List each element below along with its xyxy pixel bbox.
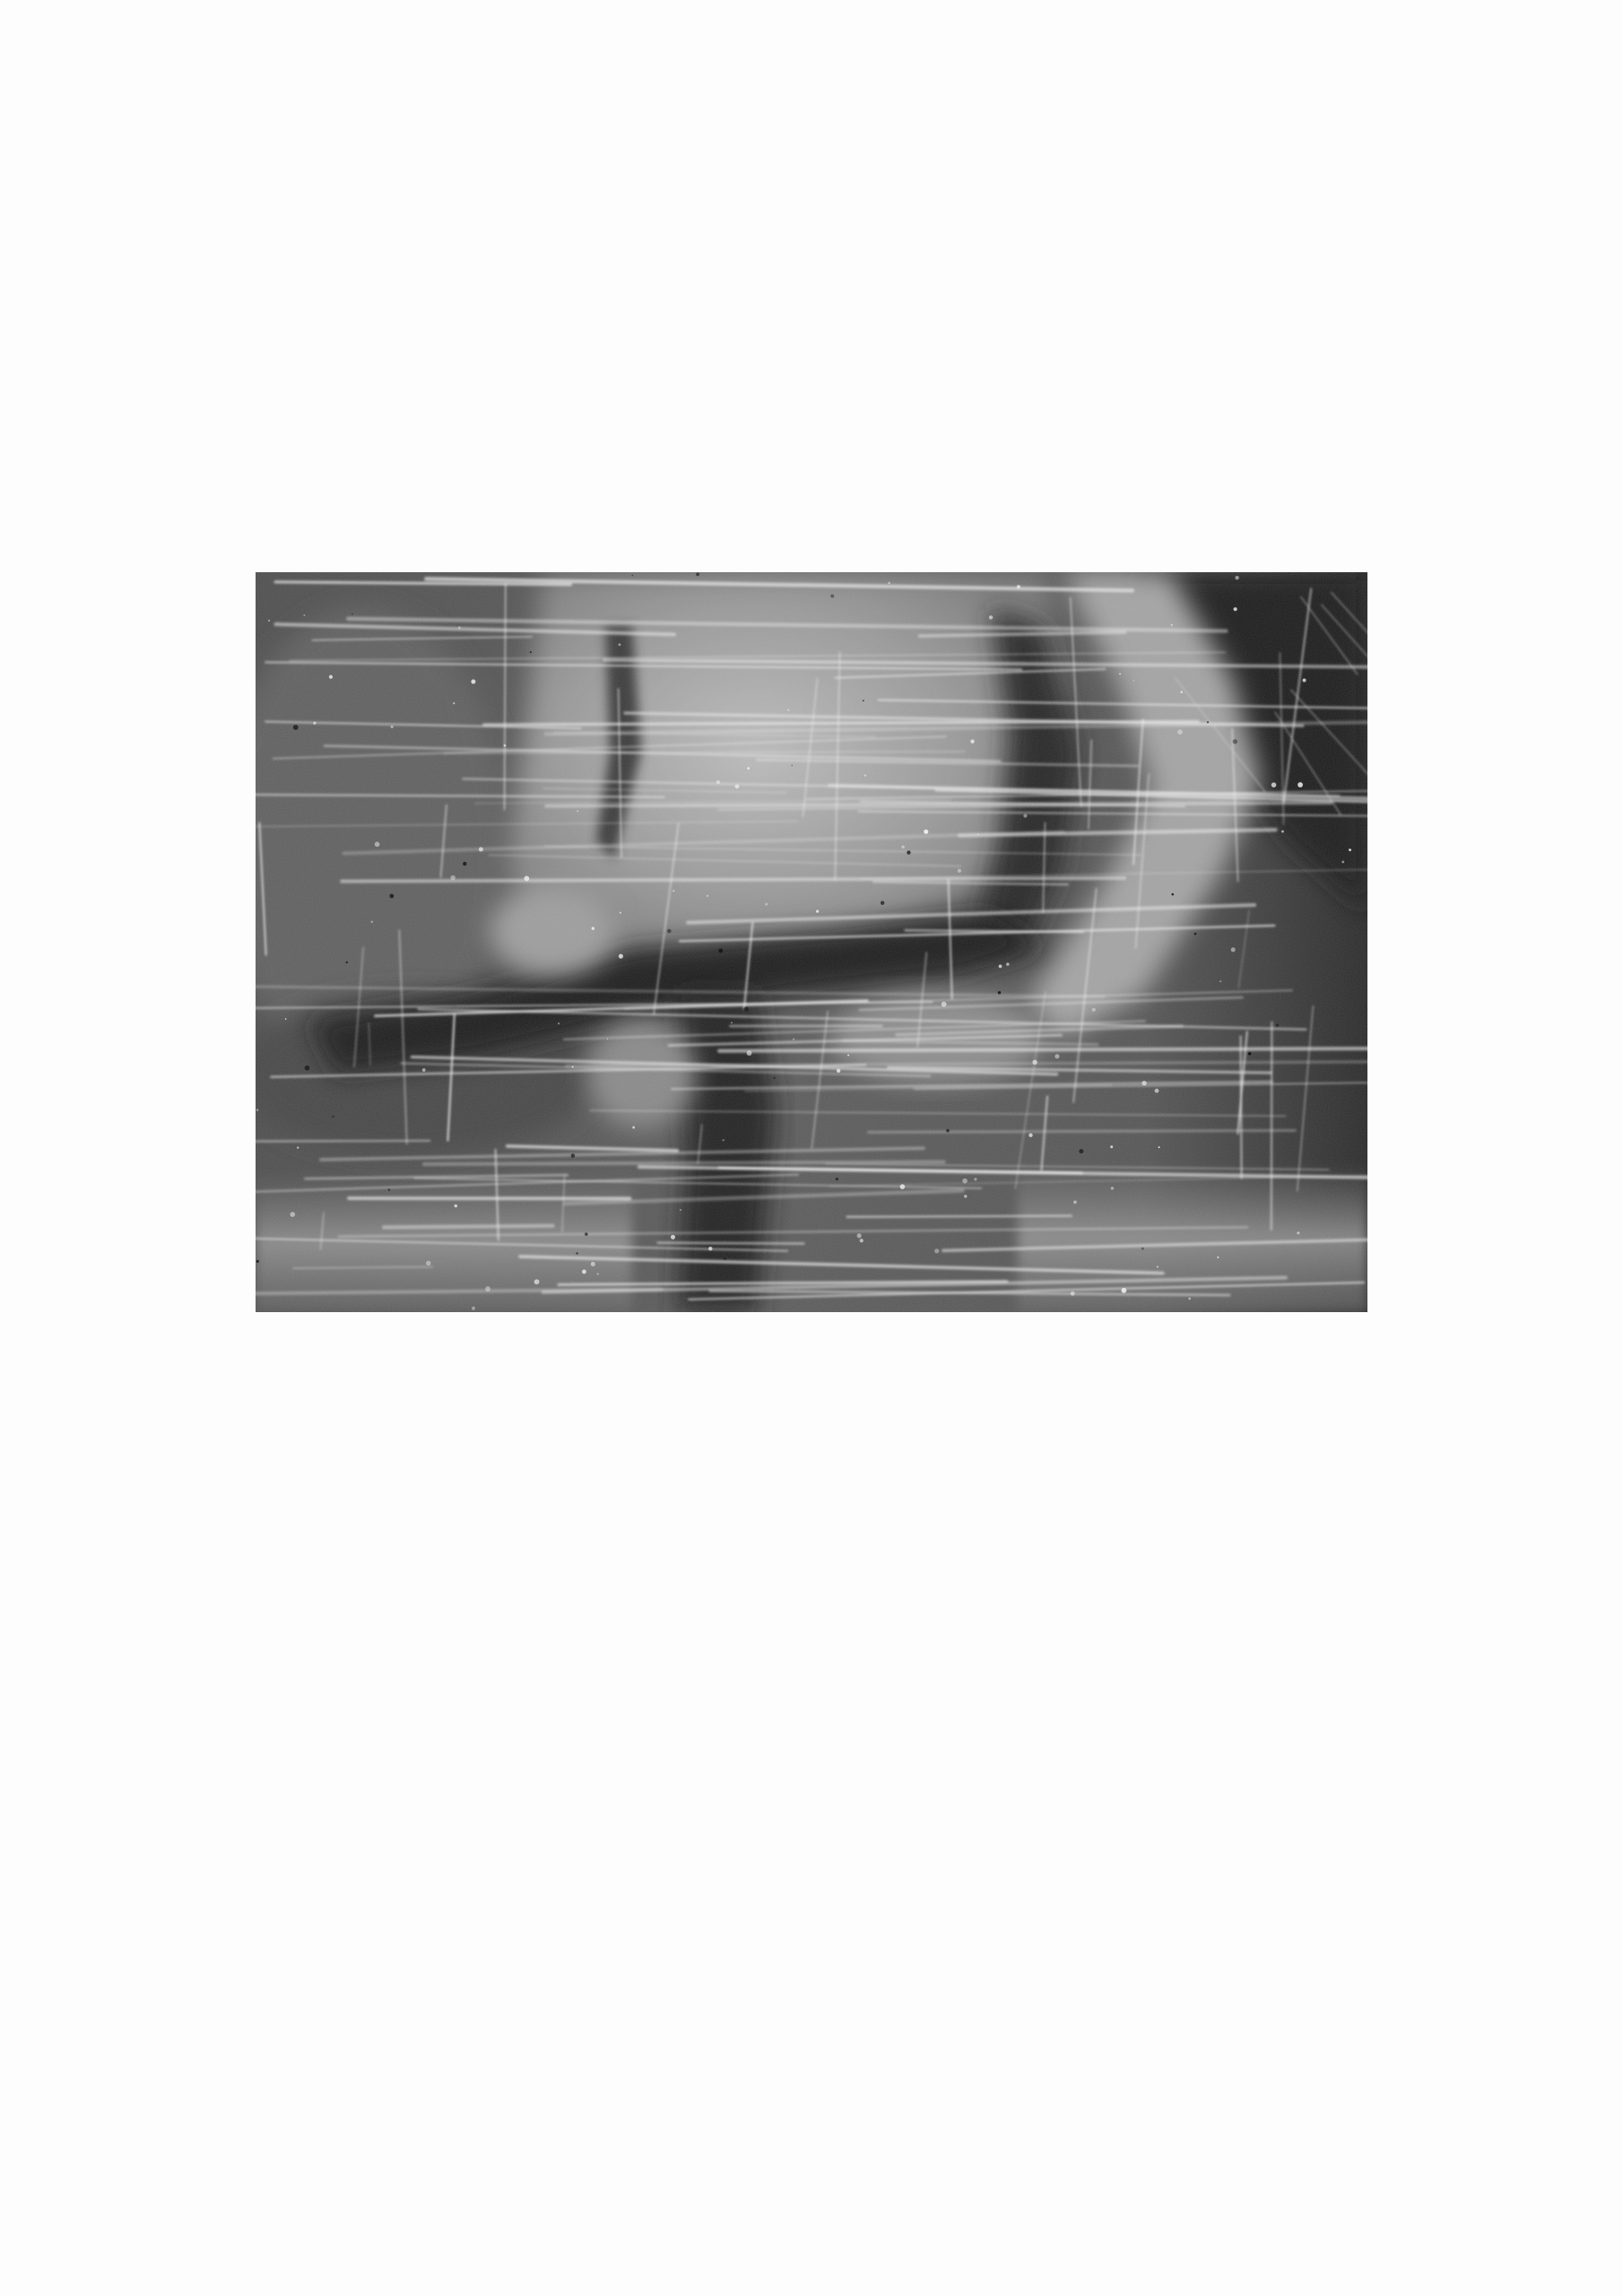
document-page xyxy=(0,0,1623,2296)
photograph-image xyxy=(256,572,1367,1312)
scratched-photograph xyxy=(256,572,1367,1312)
